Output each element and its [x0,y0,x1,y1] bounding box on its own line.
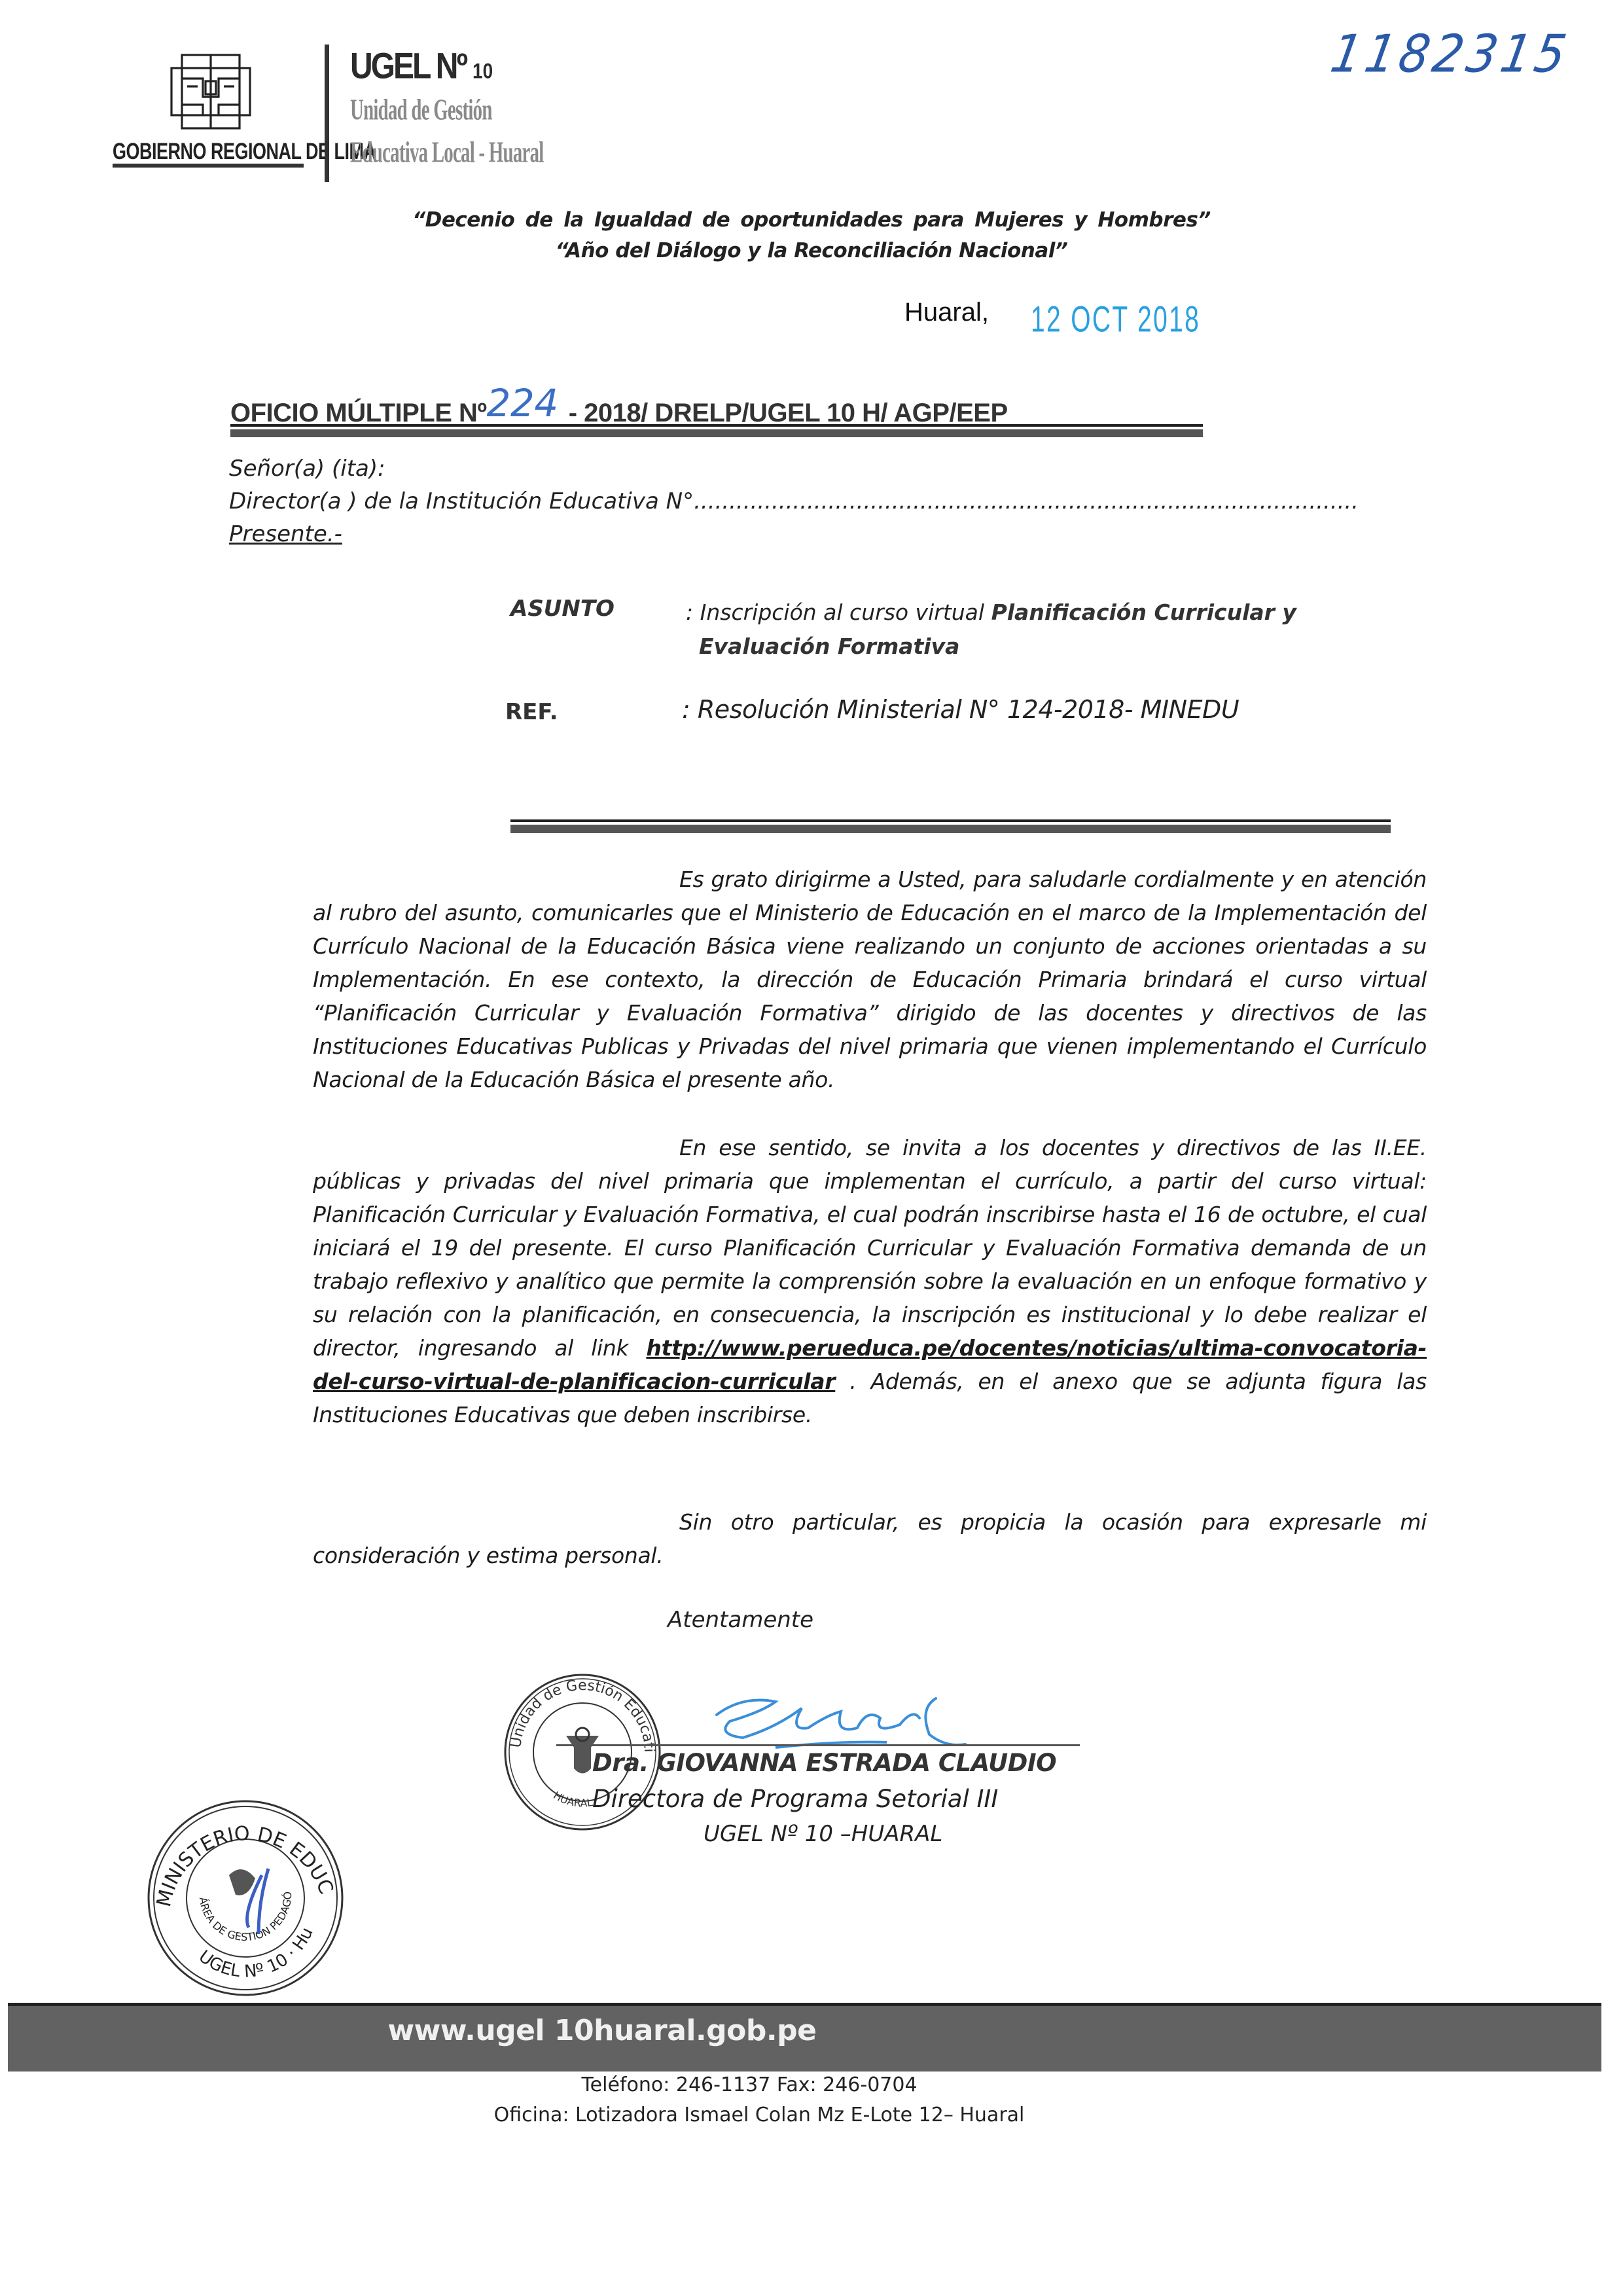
oficio-prefix: OFICIO MÚLTIPLE Nº [230,399,487,427]
asunto-label: ASUNTO [510,596,615,622]
ministerio-educacion-seal-icon: MINISTERIO DE EDUCACIÓN UGEL Nº 10 · Hua… [144,1797,347,2000]
gobierno-regional-logo-icon [169,52,253,131]
signatory-name: Dra. GIOVANNA ESTRADA CLAUDIO [592,1749,1056,1777]
body-paragraph-2-text: En ese sentido, se invita a los docentes… [313,1135,1427,1361]
ref-value: : Resolución Ministerial N° 124-2018- MI… [682,695,1239,724]
ugel-number: 10 [473,60,493,83]
signature-icon [704,1682,978,1754]
footer-phone: Teléfono: 246-1137 Fax: 246-0704 [0,2073,1623,2096]
gov-label: GOBIERNO REGIONAL DE LIMA [113,139,376,165]
date-stamp: 12 OCT 2018 [1031,298,1200,340]
addressee-presente: Presente.- [229,521,342,547]
addressee-salutation: Señor(a) (ita): [229,456,385,482]
ugel-title-text: UGEL Nº [350,46,466,86]
footer-website[interactable]: www.ugel 10huaral.gob.pe [0,2014,1204,2047]
asunto-value: : Inscripción al curso virtual Planifica… [686,596,1353,664]
header-divider [325,45,329,182]
closing: Atentamente [668,1607,813,1633]
addressee-blank-field: ........................................… [694,488,1359,514]
separator-rule-thick [510,825,1391,833]
gov-underline [113,164,304,168]
asunto-course-title-1: Planificación Curricular y [991,600,1296,625]
body-paragraph-2: En ese sentido, se invita a los docentes… [313,1131,1427,1431]
signature-line [556,1744,1080,1746]
oficio-rule-thin [230,424,1203,427]
asunto-prefix: : Inscripción al curso virtual [686,600,991,625]
motto-ano: “Año del Diálogo y la Reconciliación Nac… [0,239,1623,262]
addressee-director-text: Director(a ) de la Institución Educativa… [229,488,694,514]
addressee-director: Director(a ) de la Institución Educativa… [229,488,1359,514]
asunto-course-title-2: Evaluación Formativa [686,630,1353,664]
body-paragraph-3-text: Sin otro particular, es propicia la ocas… [313,1509,1427,1568]
signatory-role: Directora de Programa Setorial III [592,1785,998,1813]
footer-office-address: Oficina: Lotizadora Ismael Colan Mz E-Lo… [0,2104,1623,2126]
ugel-subtitle-2: Educativa Local - Huaral [350,134,544,170]
body-paragraph-1-text: Es grato dirigirme a Usted, para saludar… [313,867,1427,1092]
ugel-subtitle-1: Unidad de Gestión [350,92,492,127]
body-paragraph-1: Es grato dirigirme a Usted, para saludar… [313,863,1427,1096]
oficio-suffix: - 2018/ DRELP/UGEL 10 H/ AGP/EEP [569,399,1008,427]
ref-label: REF. [505,699,558,725]
oficio-rule-thick [230,429,1203,437]
separator-rule-thin [510,819,1391,822]
body-paragraph-3: Sin otro particular, es propicia la ocas… [313,1505,1427,1572]
ugel-title: UGEL Nº10 [350,46,493,87]
place-label: Huaral, [904,298,989,327]
signatory-organization: UGEL Nº 10 –HUARAL [704,1821,942,1847]
handwritten-reference-number: 1182315 [1327,24,1575,84]
motto-decenio: “Decenio de la Igualdad de oportunidades… [0,208,1623,232]
svg-text:HUARAL: HUARAL [551,1789,594,1809]
oficio-number-handwritten: 224 [487,381,558,425]
